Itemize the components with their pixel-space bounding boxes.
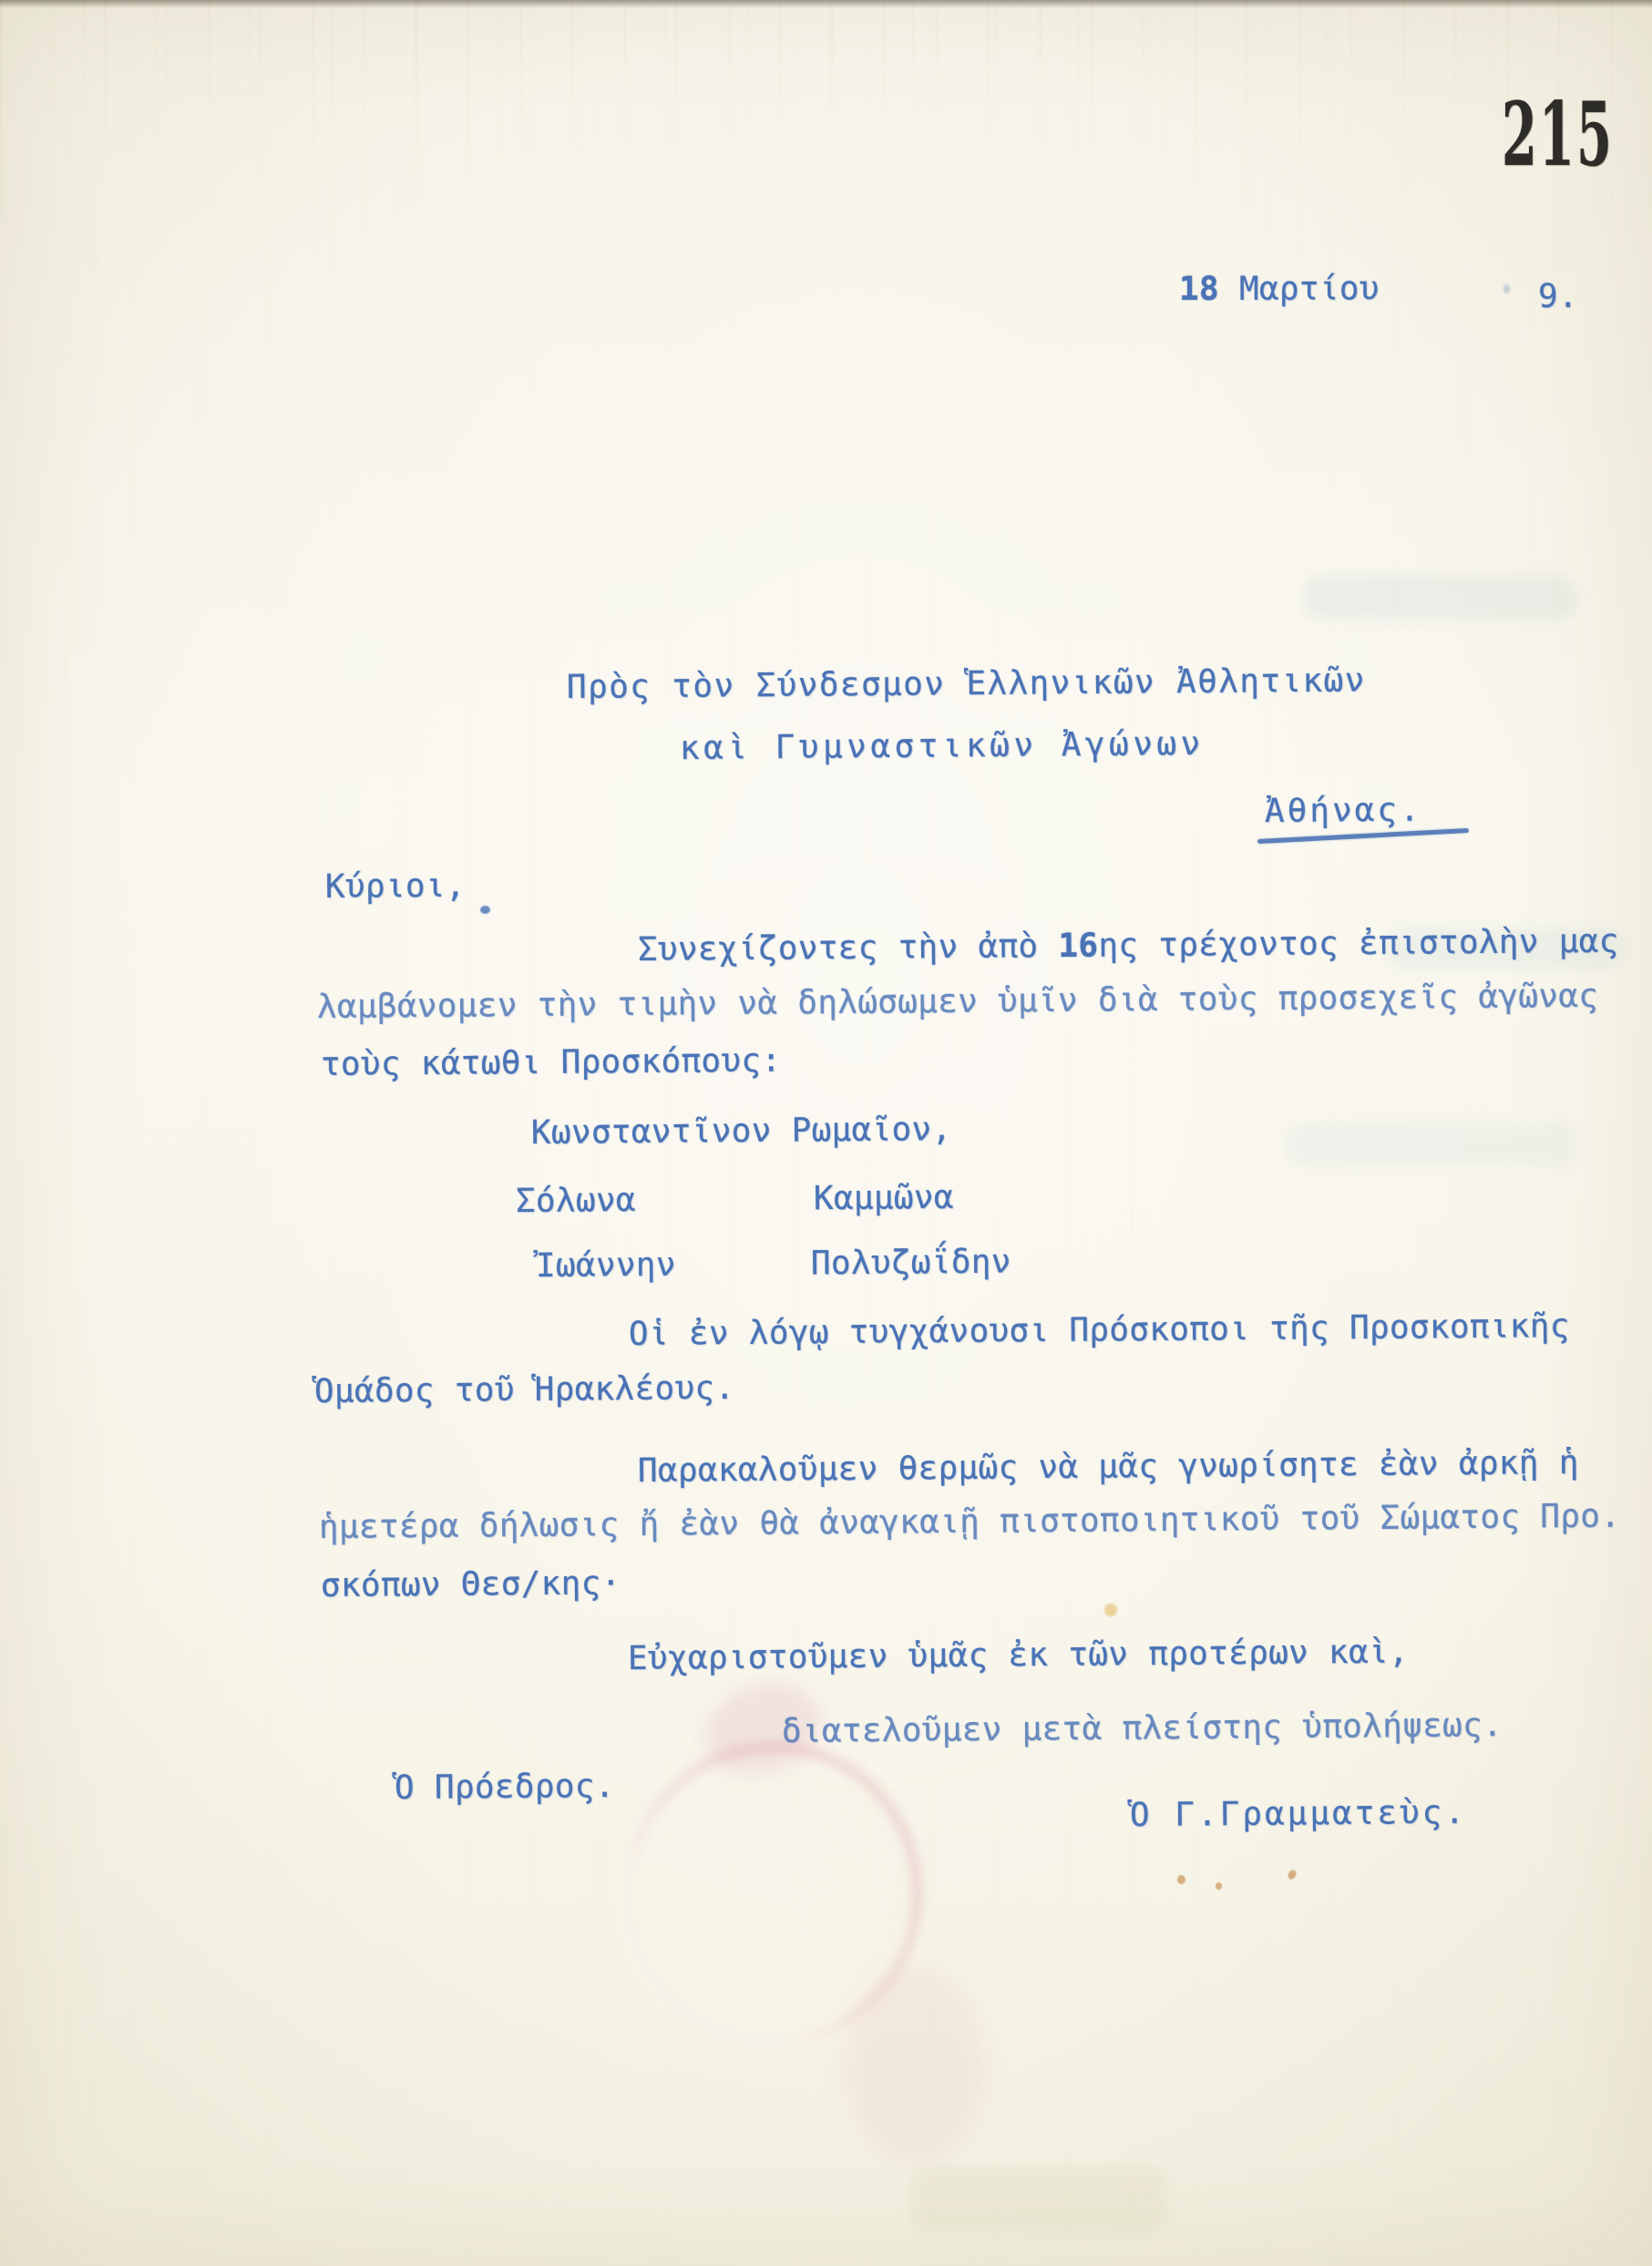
- scout-first-name: Ἰωάννην: [536, 1246, 676, 1285]
- recipient-city: Ἀθήνας.: [1265, 790, 1422, 832]
- salutation: Κύριοι,: [325, 866, 466, 907]
- date-day: 18: [1179, 271, 1219, 308]
- paragraph1-line1-number: 16: [1058, 928, 1098, 965]
- date-line: 18 Μαρτίου: [1179, 269, 1380, 310]
- date-trailing-number: 9.: [1538, 277, 1578, 317]
- closing-line1: Εὐχαριστοῦμεν ὑμᾶς ἐκ τῶν προτέρων καὶ,: [628, 1633, 1409, 1679]
- scout-first-name: Σόλωνα: [516, 1182, 636, 1220]
- pink-ink-smudge: [847, 1968, 984, 2159]
- scout-row: ἸωάννηνΠολυζωΐδην: [536, 1239, 1356, 1287]
- page-number-stamp: 215: [1502, 91, 1614, 179]
- rust-speck: [1216, 1882, 1222, 1890]
- paragraph1-line1-post: ης τρέχοντος ἐπιστολὴν μας: [1098, 923, 1619, 965]
- stray-ink-dot: [480, 906, 490, 914]
- paragraph2-line2: Ὁμάδος τοῦ Ἡρακλέους.: [314, 1369, 735, 1412]
- paragraph1-line1-pre: Συνεχίζοντες τὴν ἀπὸ: [638, 928, 1059, 969]
- paper-stain-dot: [1104, 1604, 1117, 1616]
- signature-secretary: Ὁ Γ.Γραμματεὺς.: [1130, 1793, 1467, 1836]
- recipient-line-1: Πρὸς τὸν Σύνδεσμον Ἑλληνικῶν Ἀθλητικῶν: [567, 661, 1366, 708]
- scout-last-name: Καμμῶνα: [814, 1178, 954, 1219]
- rust-speck: [1177, 1875, 1185, 1884]
- scout-last-name: Ρωμαῖον,: [791, 1111, 951, 1150]
- scout-last-name: Πολυζωΐδην: [811, 1242, 1011, 1284]
- paragraph3-line1: Παρακαλοῦμεν θερμῶς νὰ μᾶς γνωρίσητε ἐὰν…: [638, 1443, 1579, 1492]
- scout-row: Κωνσταντῖνον Ρωμαῖον,: [531, 1110, 952, 1154]
- paragraph1-line1: Συνεχίζοντες τὴν ἀπὸ 16ης τρέχοντος ἐπισ…: [638, 922, 1619, 970]
- paragraph1-line3: τοὺς κάτωθι Προσκόπους:: [321, 1041, 782, 1085]
- paragraph2-line1: Οἱ ἐν λόγῳ τυγχάνουσι Πρόσκοποι τῆς Προσ…: [629, 1307, 1570, 1355]
- faint-ink-speck: [1503, 284, 1510, 293]
- scanned-letter-page: 215 18 Μαρτίου 9. Πρὸς τὸν Σύνδεσμον Ἑλλ…: [0, 0, 1652, 2266]
- paragraph3-line3: σκόπων Θεσ/κης·: [321, 1564, 621, 1606]
- date-month: Μαρτίου: [1219, 270, 1380, 307]
- recipient-line-2: καὶ Γυμναστικῶν Ἀγώνων: [680, 724, 1205, 769]
- scan-top-edge: [0, 0, 1652, 8]
- ink-bleedthrough-mark: [911, 2169, 1166, 2232]
- ink-bleedthrough-mark: [1285, 1123, 1576, 1166]
- closing-line2: διατελοῦμεν μετὰ πλείστης ὑπολήψεως.: [782, 1706, 1503, 1752]
- ink-bleedthrough-mark: [1303, 576, 1576, 620]
- scout-row: ΣόλωναΚαμμῶνα: [516, 1174, 1336, 1222]
- signature-president: Ὁ Πρόεδρος.: [395, 1767, 615, 1809]
- scout-first-name: Κωνσταντῖνον: [531, 1112, 772, 1152]
